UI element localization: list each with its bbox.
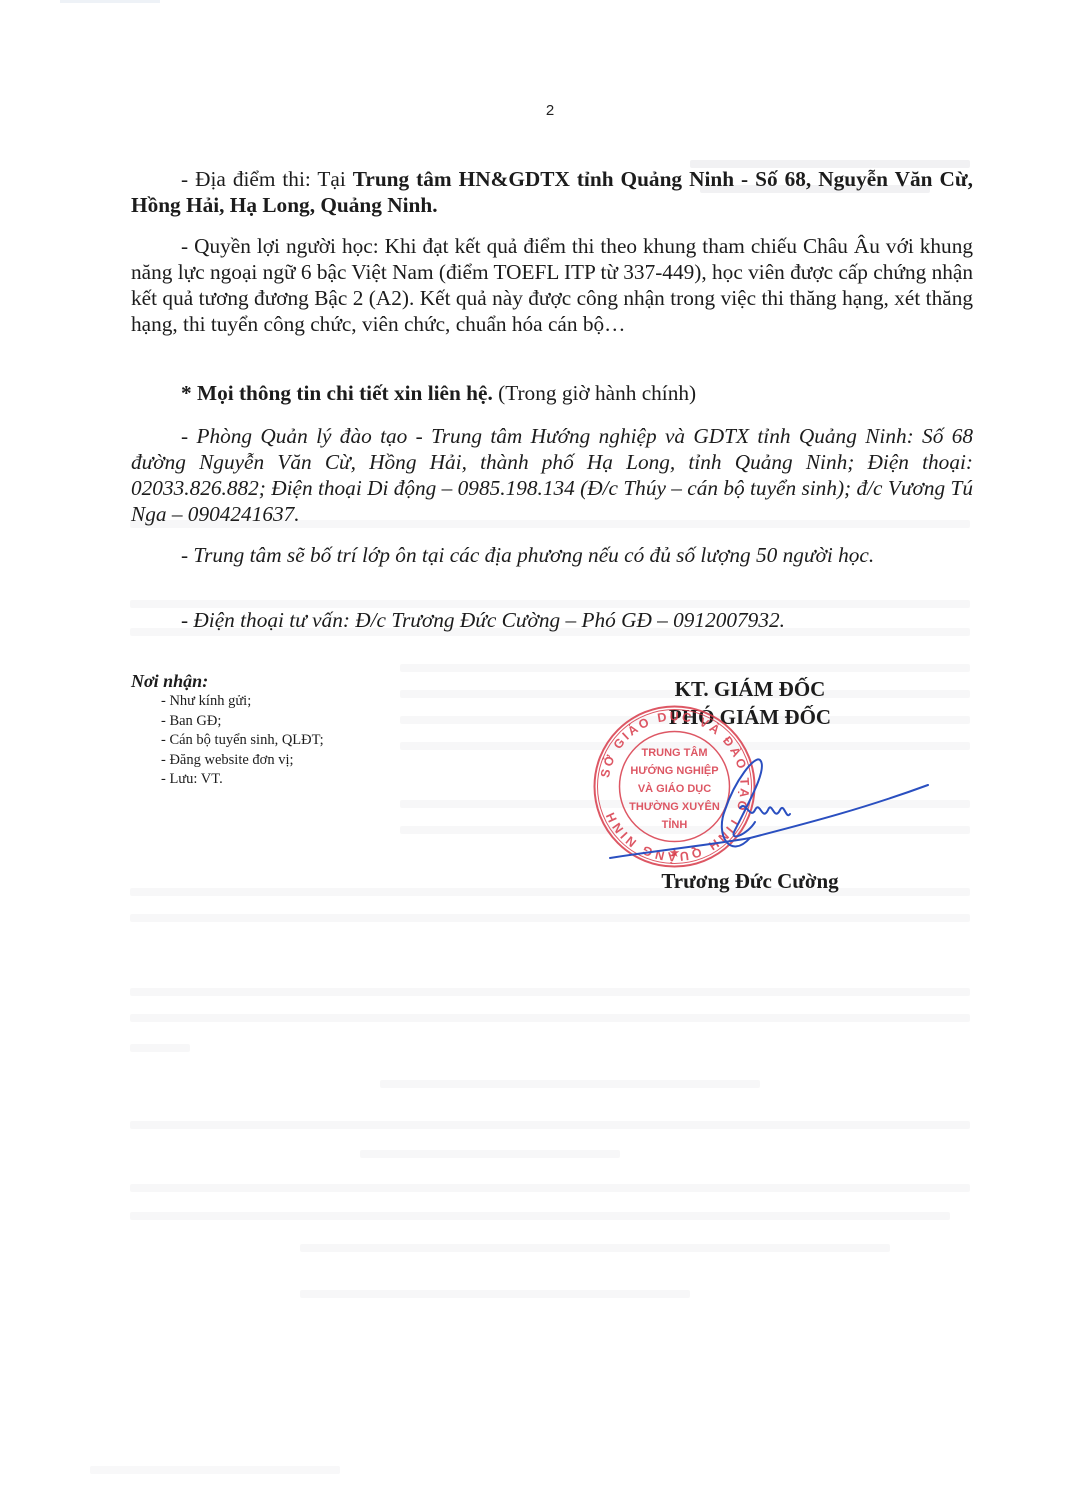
document-page: 2 - Địa điểm thi: Tại Trung tâm HN&GDTX …: [0, 0, 1068, 1499]
page-number: 2: [0, 102, 1068, 119]
class-note-text: - Trung tâm sẽ bố trí lớp ôn tại các địa…: [181, 543, 874, 567]
recipient-item: - Đăng website đơn vị;: [161, 751, 324, 771]
recipient-item: - Như kính gửi;: [161, 692, 324, 712]
learner-benefit-text: - Quyền lợi người học: Khi đạt kết quả đ…: [131, 234, 973, 336]
learner-benefit-paragraph: - Quyền lợi người học: Khi đạt kết quả đ…: [131, 233, 973, 337]
exam-location-label: - Địa điểm thi: Tại: [181, 167, 353, 191]
contact-heading-note: (Trong giờ hành chính): [493, 381, 696, 405]
handwritten-signature-icon: [600, 730, 930, 880]
contact-heading-bold: * Mọi thông tin chi tiết xin liên hệ.: [181, 381, 493, 405]
recipients-heading: Nơi nhận:: [131, 670, 324, 692]
consult-phone-paragraph: - Điện thoại tư vấn: Đ/c Trương Đức Cườn…: [131, 607, 973, 633]
recipients-list: - Như kính gửi; - Ban GĐ; - Cán bộ tuyển…: [131, 692, 324, 790]
contact-heading: * Mọi thông tin chi tiết xin liên hệ. (T…: [131, 380, 973, 406]
office-contact-paragraph: - Phòng Quản lý đào tạo - Trung tâm Hướn…: [131, 423, 973, 527]
recipient-item: - Cán bộ tuyển sinh, QLĐT;: [161, 731, 324, 751]
recipients-block: Nơi nhận: - Như kính gửi; - Ban GĐ; - Cá…: [131, 670, 324, 790]
exam-location-paragraph: - Địa điểm thi: Tại Trung tâm HN&GDTX tỉ…: [131, 166, 973, 218]
consult-phone-text: - Điện thoại tư vấn: Đ/c Trương Đức Cườn…: [181, 608, 785, 632]
recipient-item: - Ban GĐ;: [161, 712, 324, 732]
scan-artifact: [60, 0, 160, 3]
recipient-item: - Lưu: VT.: [161, 770, 324, 790]
office-contact-text: - Phòng Quản lý đào tạo - Trung tâm Hướn…: [131, 424, 973, 526]
class-note-paragraph: - Trung tâm sẽ bố trí lớp ôn tại các địa…: [131, 542, 973, 568]
signer-authority: KT. GIÁM ĐỐC: [600, 675, 900, 703]
